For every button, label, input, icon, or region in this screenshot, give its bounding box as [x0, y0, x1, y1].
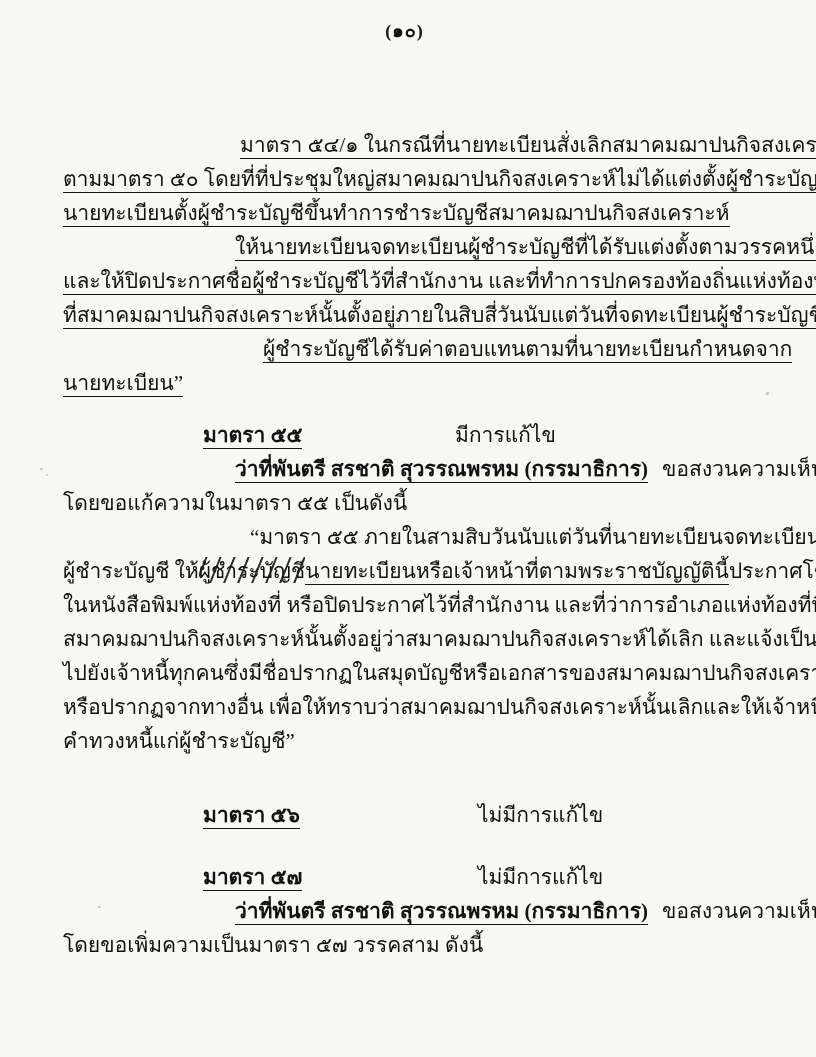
para-54-line-3: นายทะเบียนตั้งผู้ชำระบัญชีขึ้นทำการชำระบ…: [63, 196, 746, 230]
section-55-reserver: ว่าที่พันตรี สรชาติ สุวรรณพรหม (กรรมาธิก…: [235, 457, 648, 483]
section-55-quote-line-2: ผู้ชำระบัญชี ให้ผู้ชำระบัญชีนายทะเบียนหร…: [63, 554, 746, 588]
section-54-1: มาตรา ๕๔/๑ ในกรณีที่นายทะเบียนสั่งเลิกสม…: [63, 128, 746, 400]
section-55-quote-line-3: ในหนังสือพิมพ์แห่งท้องที่ หรือปิดประกาศไ…: [63, 588, 746, 622]
para-54-line-2-text: ตามมาตรา ๕๐ โดยที่ที่ประชุมใหญ่สมาคมฌาปน…: [63, 167, 816, 193]
section-57-reserver: ว่าที่พันตรี สรชาติ สุวรรณพรหม (กรรมาธิก…: [235, 899, 648, 925]
section-55-quote-line-6: หรือปรากฏจากทางอื่น เพื่อให้ทราบว่าสมาคม…: [63, 690, 746, 724]
section-55-quote-line-1: “มาตรา ๕๕ ภายในสามสิบวันนับแต่วันที่นายท…: [63, 520, 746, 554]
section-57-reserver-suffix: ขอสงวนความเห็น: [662, 899, 816, 923]
section-57-heading: มาตรา ๕๗: [203, 865, 302, 891]
section-55-heading-row: มาตรา ๕๕ มีการแก้ไข: [63, 418, 746, 452]
section-56: มาตรา ๕๖ ไม่มีการแก้ไข: [63, 798, 746, 832]
para-54-line-5-text: และให้ปิดประกาศชื่อผู้ชำระบัญชีไว้ที่สำน…: [63, 269, 816, 295]
para-54-line-3-text: นายทะเบียนตั้งผู้ชำระบัญชีขึ้นทำการชำระบ…: [63, 201, 730, 227]
section-55-reserver-suffix: ขอสงวนความเห็น: [662, 457, 816, 481]
section-57-status: ไม่มีการแก้ไข: [478, 860, 603, 894]
para-54-line-6-text: ที่สมาคมฌาปนกิจสงเคราะห์นั้นตั้งอยู่ภายใ…: [63, 303, 816, 329]
section-55-quote-line-7: คำทวงหนี้แก่ผู้ชำระบัญชี”: [63, 724, 746, 758]
quote-line-2-post: ประกาศโฆษณา: [729, 559, 816, 583]
para-54-line-4-text: ให้นายทะเบียนจดทะเบียนผู้ชำระบัญชีที่ได้…: [235, 235, 816, 261]
section-56-status: ไม่มีการแก้ไข: [478, 798, 603, 832]
scan-artifact: [40, 468, 43, 470]
para-54-line-8-text: นายทะเบียน”: [63, 371, 183, 397]
section-55-quote-line-5: ไปยังเจ้าหนี้ทุกคนซึ่งมีชื่อปรากฏในสมุดบ…: [63, 656, 746, 690]
section-56-heading-row: มาตรา ๕๖ ไม่มีการแก้ไข: [63, 798, 746, 832]
section-57-heading-row: มาตรา ๕๗ ไม่มีการแก้ไข: [63, 860, 746, 894]
section-57: มาตรา ๕๗ ไม่มีการแก้ไข ว่าที่พันตรี สรชา…: [63, 860, 746, 962]
scan-artifact: [46, 474, 48, 476]
para-54-line-6: ที่สมาคมฌาปนกิจสงเคราะห์นั้นตั้งอยู่ภายใ…: [63, 298, 746, 332]
quote-line-2-underlined-text: นายทะเบียนหรือเจ้าหน้าที่ตามพระราชบัญญัต…: [305, 559, 729, 585]
para-54-line-2: ตามมาตรา ๕๐ โดยที่ที่ประชุมใหญ่สมาคมฌาปน…: [63, 162, 746, 196]
quote-line-2-struck-text: ผู้ชำระบัญชี: [199, 559, 305, 583]
section-55-quote-line-4: สมาคมฌาปนกิจสงเคราะห์นั้นตั้งอยู่ว่าสมาค…: [63, 622, 746, 656]
section-56-heading: มาตรา ๕๖: [203, 803, 300, 829]
section-57-amend-intro: โดยขอเพิ่มความเป็นมาตรา ๕๗ วรรคสาม ดังนี…: [63, 928, 746, 962]
scan-artifact: [766, 392, 769, 395]
para-54-line-1-text: มาตรา ๕๔/๑ ในกรณีที่นายทะเบียนสั่งเลิกสม…: [240, 133, 816, 159]
section-55-amend-intro: โดยขอแก้ความในมาตรา ๕๕ เป็นดังนี้: [63, 486, 746, 520]
page-number: (๑๐): [63, 18, 746, 44]
para-54-line-7-text: ผู้ชำระบัญชีได้รับค่าตอบแทนตามที่นายทะเบ…: [263, 337, 792, 363]
section-55-heading: มาตรา ๕๕: [203, 423, 302, 449]
para-54-line-5: และให้ปิดประกาศชื่อผู้ชำระบัญชีไว้ที่สำน…: [63, 264, 746, 298]
section-55: มาตรา ๕๕ มีการแก้ไข ว่าที่พันตรี สรชาติ …: [63, 418, 746, 758]
scan-artifact: [98, 906, 101, 908]
section-55-reserver-row: ว่าที่พันตรี สรชาติ สุวรรณพรหม (กรรมาธิก…: [63, 452, 746, 486]
quote-line-2-pre: ผู้ชำระบัญชี ให้: [63, 559, 199, 583]
section-55-status: มีการแก้ไข: [455, 418, 556, 452]
para-54-line-1: มาตรา ๕๔/๑ ในกรณีที่นายทะเบียนสั่งเลิกสม…: [63, 128, 746, 162]
para-54-line-4: ให้นายทะเบียนจดทะเบียนผู้ชำระบัญชีที่ได้…: [63, 230, 746, 264]
para-54-line-7: ผู้ชำระบัญชีได้รับค่าตอบแทนตามที่นายทะเบ…: [63, 332, 746, 366]
section-57-reserver-row: ว่าที่พันตรี สรชาติ สุวรรณพรหม (กรรมาธิก…: [63, 894, 746, 928]
para-54-line-8: นายทะเบียน”: [63, 366, 746, 400]
scanned-document-page: (๑๐) มาตรา ๕๔/๑ ในกรณีที่นายทะเบียนสั่งเ…: [0, 0, 816, 1057]
